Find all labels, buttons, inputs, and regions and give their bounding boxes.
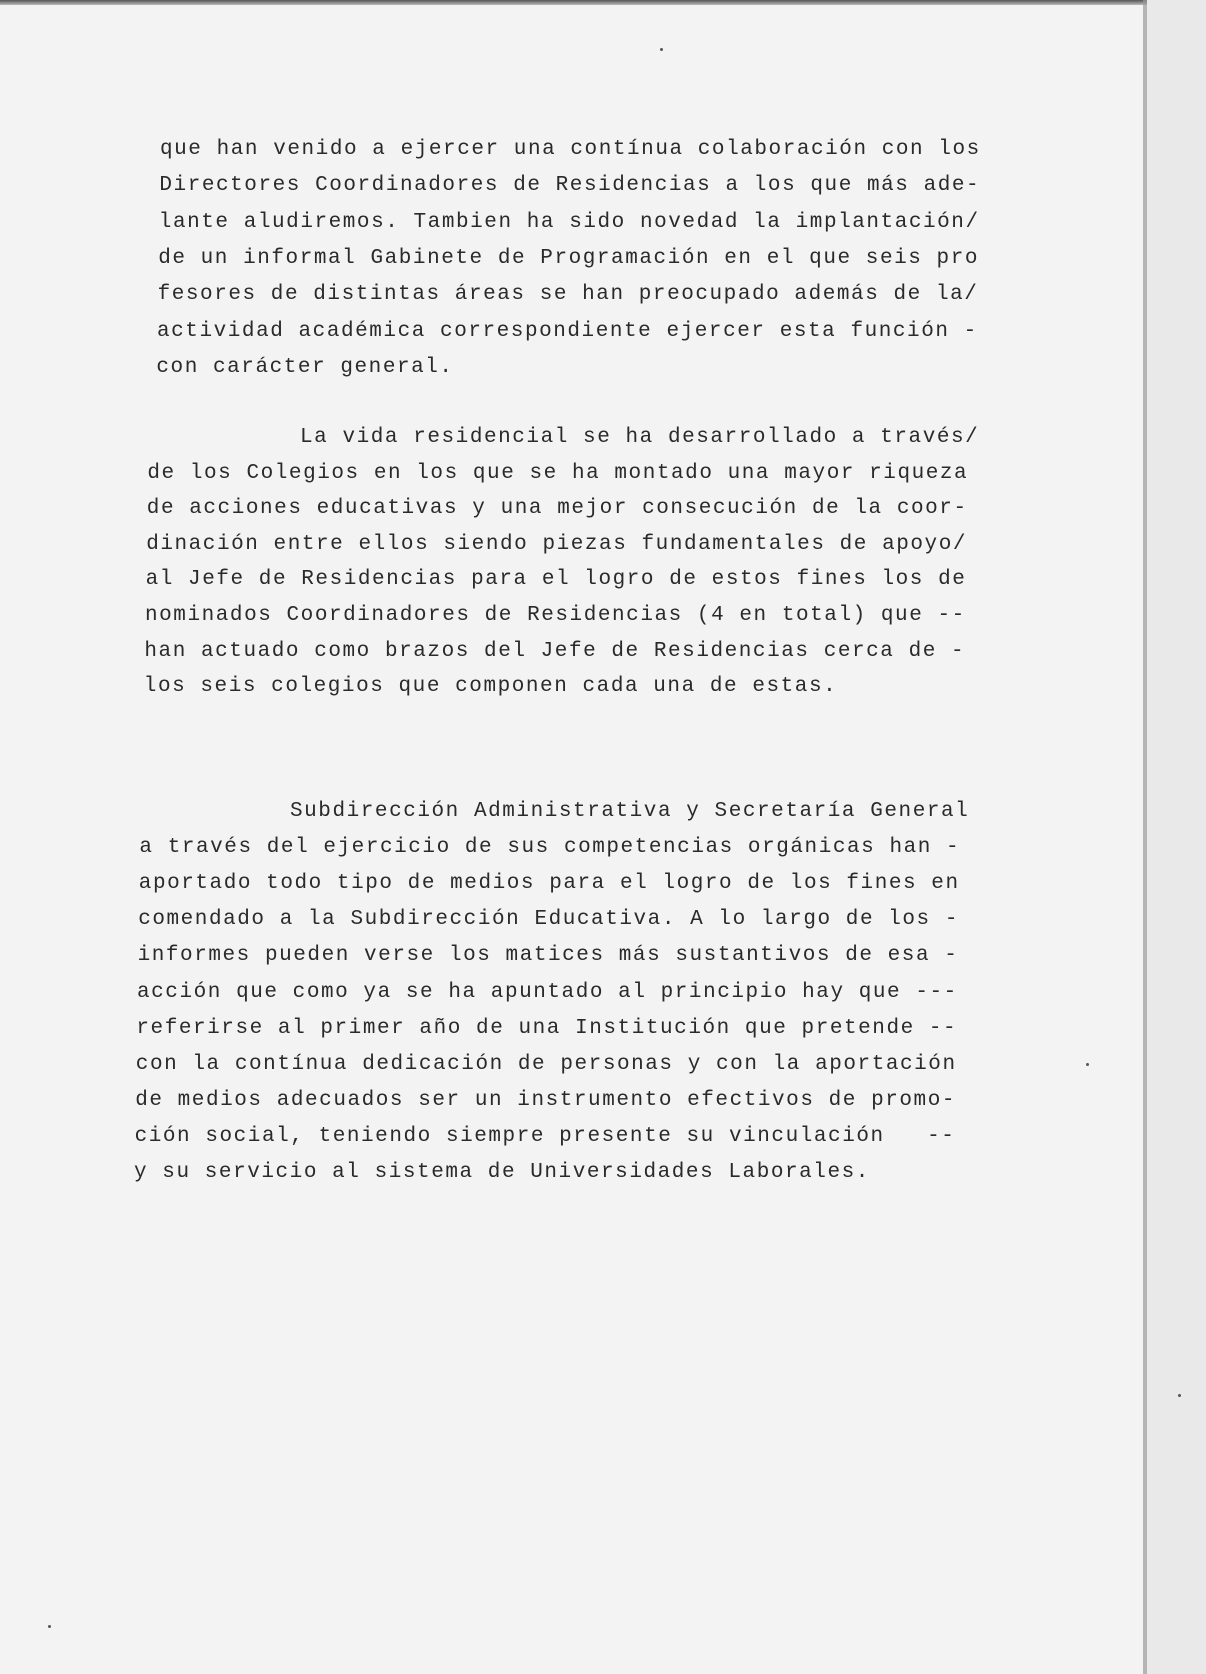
text-line: de los Colegios en los que se ha montado…: [147, 462, 968, 486]
text-line: ción social, teniendo siempre presente s…: [135, 1125, 956, 1149]
text-line: nominados Coordinadores de Residencias (…: [145, 604, 966, 628]
text-line: comendado a la Subdirección Educativa. A…: [138, 908, 959, 932]
speck: [48, 1625, 51, 1628]
text-line: de medios adecuados ser un instrumento e…: [135, 1089, 956, 1113]
text-line: referirse al primer año de una Instituci…: [136, 1017, 957, 1041]
text-line: Subdirección Administrativa y Secretaría…: [290, 800, 969, 824]
text-line: lante aludiremos. Tambien ha sido noveda…: [159, 211, 980, 235]
text-line: aportado todo tipo de medios para el log…: [139, 872, 960, 896]
text-line: fesores de distintas áreas se han preocu…: [158, 283, 979, 307]
text-line: dinación entre ellos siendo piezas funda…: [146, 533, 967, 557]
text-line: acción que como ya se ha apuntado al pri…: [137, 981, 958, 1005]
text-line: los seis colegios que componen cada una …: [144, 675, 837, 699]
text-line: La vida residencial se ha desarrollado a…: [300, 426, 979, 450]
speck: [660, 48, 663, 51]
text-line: con la contínua dedicación de personas y…: [136, 1053, 957, 1077]
speck: [1086, 1063, 1089, 1066]
text-line: de acciones educativas y una mejor conse…: [147, 497, 968, 521]
text-line: a través del ejercicio de sus competenci…: [139, 836, 960, 860]
text-line: con carácter general.: [156, 356, 453, 380]
text-line: de un informal Gabinete de Programación …: [158, 247, 979, 271]
text-line: actividad académica correspondiente ejer…: [157, 320, 978, 344]
speck: [1178, 1394, 1181, 1397]
text-line: y su servicio al sistema de Universidade…: [134, 1161, 870, 1185]
text-line: que han venido a ejercer una contínua co…: [160, 138, 981, 162]
text-line: al Jefe de Residencias para el logro de …: [146, 568, 967, 592]
scan-margin: [1147, 0, 1206, 1674]
text-line: han actuado como brazos del Jefe de Resi…: [144, 640, 965, 664]
text-line: Directores Coordinadores de Residencias …: [159, 174, 980, 198]
text-line: informes pueden verse los matices más su…: [138, 944, 959, 968]
